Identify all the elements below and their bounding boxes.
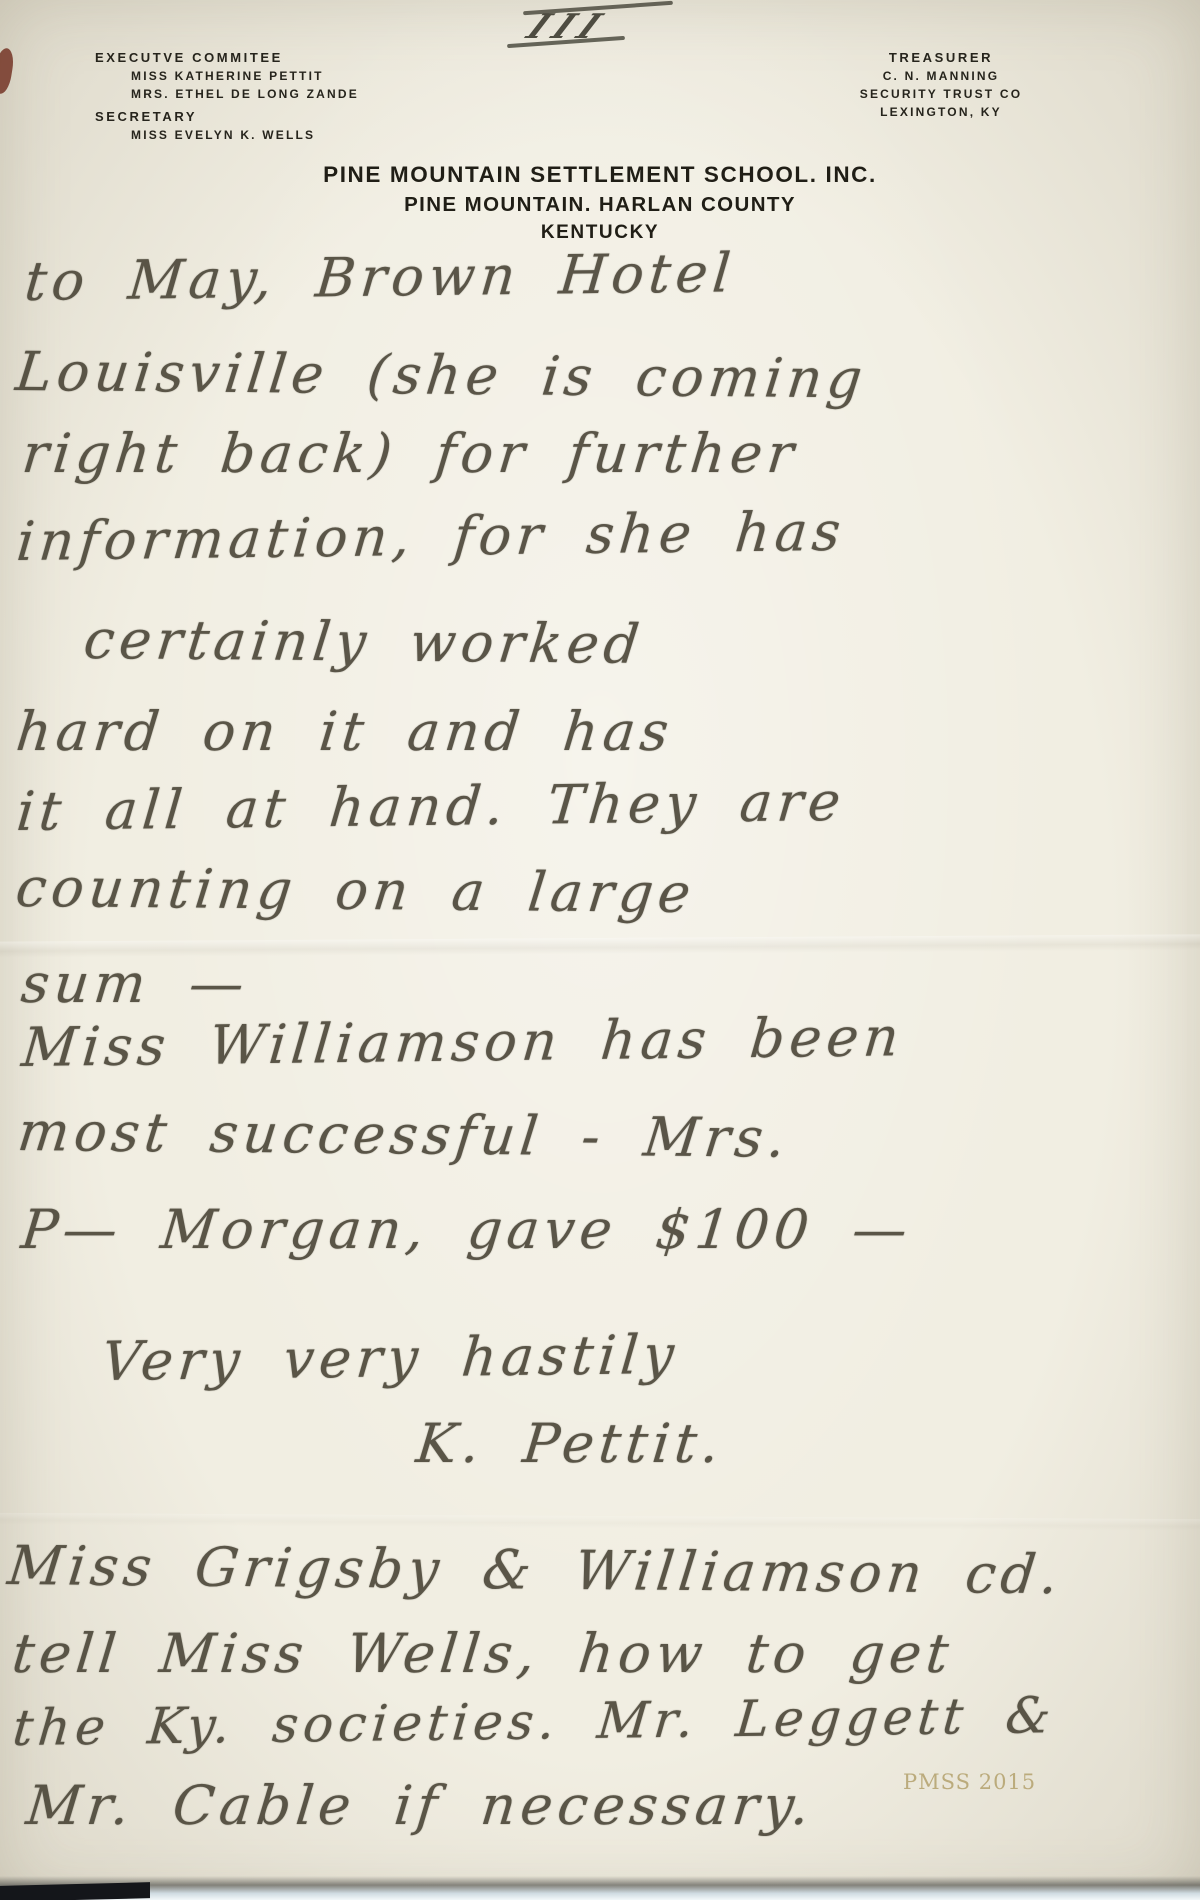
secretary-name: MISS EVELYN K. WELLS: [131, 128, 359, 142]
letterhead-school-block: PINE MOUNTAIN SETTLEMENT SCHOOL. INC. PI…: [0, 162, 1200, 244]
handwritten-line: most successful - Mrs.: [15, 1100, 794, 1171]
handwritten-line: counting on a large: [13, 856, 699, 926]
postscript-line: tell Miss Wells, how to get: [9, 1622, 956, 1686]
letterhead-committee-block: EXECUTVE COMMITEE MISS KATHERINE PETTIT …: [95, 50, 359, 142]
paper-crease: [0, 934, 1200, 957]
committee-member: MRS. ETHEL DE LONG ZANDE: [131, 87, 359, 101]
scan-corner-shadow: [0, 1882, 150, 1900]
committee-title: EXECUTVE COMMITEE: [95, 50, 359, 65]
closing-line: Very very hastily: [99, 1323, 682, 1394]
handwritten-line: certainly worked: [81, 608, 647, 677]
signature: K. Pettit.: [413, 1412, 727, 1476]
scan-bottom-edge: [0, 1876, 1200, 1900]
handwritten-line: it all at hand. They are: [14, 770, 848, 844]
handwritten-line: information, for she has: [14, 500, 848, 574]
treasurer-org: SECURITY TRUST CO: [836, 87, 1046, 101]
red-edge-smudge: [0, 47, 15, 95]
handwritten-line: sum —: [18, 952, 252, 1016]
paper-crease: [0, 1513, 1200, 1531]
handwritten-line: Louisville (she is coming: [13, 340, 870, 411]
school-state: KENTUCKY: [0, 222, 1200, 244]
handwritten-line: to May, Brown Hotel: [22, 241, 738, 314]
page-number-marker: III: [505, 6, 675, 80]
archive-watermark: PMSS 2015: [903, 1770, 1036, 1794]
secretary-title: SECRETARY: [95, 109, 359, 124]
scanned-letter-page: III EXECUTVE COMMITEE MISS KATHERINE PET…: [0, 0, 1200, 1900]
letterhead-treasurer-block: TREASURER C. N. MANNING SECURITY TRUST C…: [836, 50, 1046, 119]
treasurer-name: C. N. MANNING: [836, 69, 1046, 83]
school-name: PINE MOUNTAIN SETTLEMENT SCHOOL. INC.: [0, 162, 1200, 188]
handwritten-line: Miss Williamson has been: [19, 1005, 906, 1080]
committee-member: MISS KATHERINE PETTIT: [131, 69, 359, 83]
postscript-line: Miss Grigsby & Williamson cd.: [5, 1534, 1067, 1607]
handwritten-line: hard on it and has: [13, 700, 676, 764]
school-location: PINE MOUNTAIN. HARLAN COUNTY: [0, 193, 1200, 217]
handwritten-line: right back) for further: [19, 422, 801, 486]
treasurer-location: LEXINGTON, KY: [836, 105, 1046, 119]
postscript-line: Mr. Cable if necessary.: [23, 1774, 817, 1838]
postscript-line: the Ky. societies. Mr. Leggett &: [10, 1683, 1058, 1760]
handwritten-line: P— Morgan, gave $100 —: [18, 1198, 915, 1262]
treasurer-title: TREASURER: [836, 50, 1046, 65]
